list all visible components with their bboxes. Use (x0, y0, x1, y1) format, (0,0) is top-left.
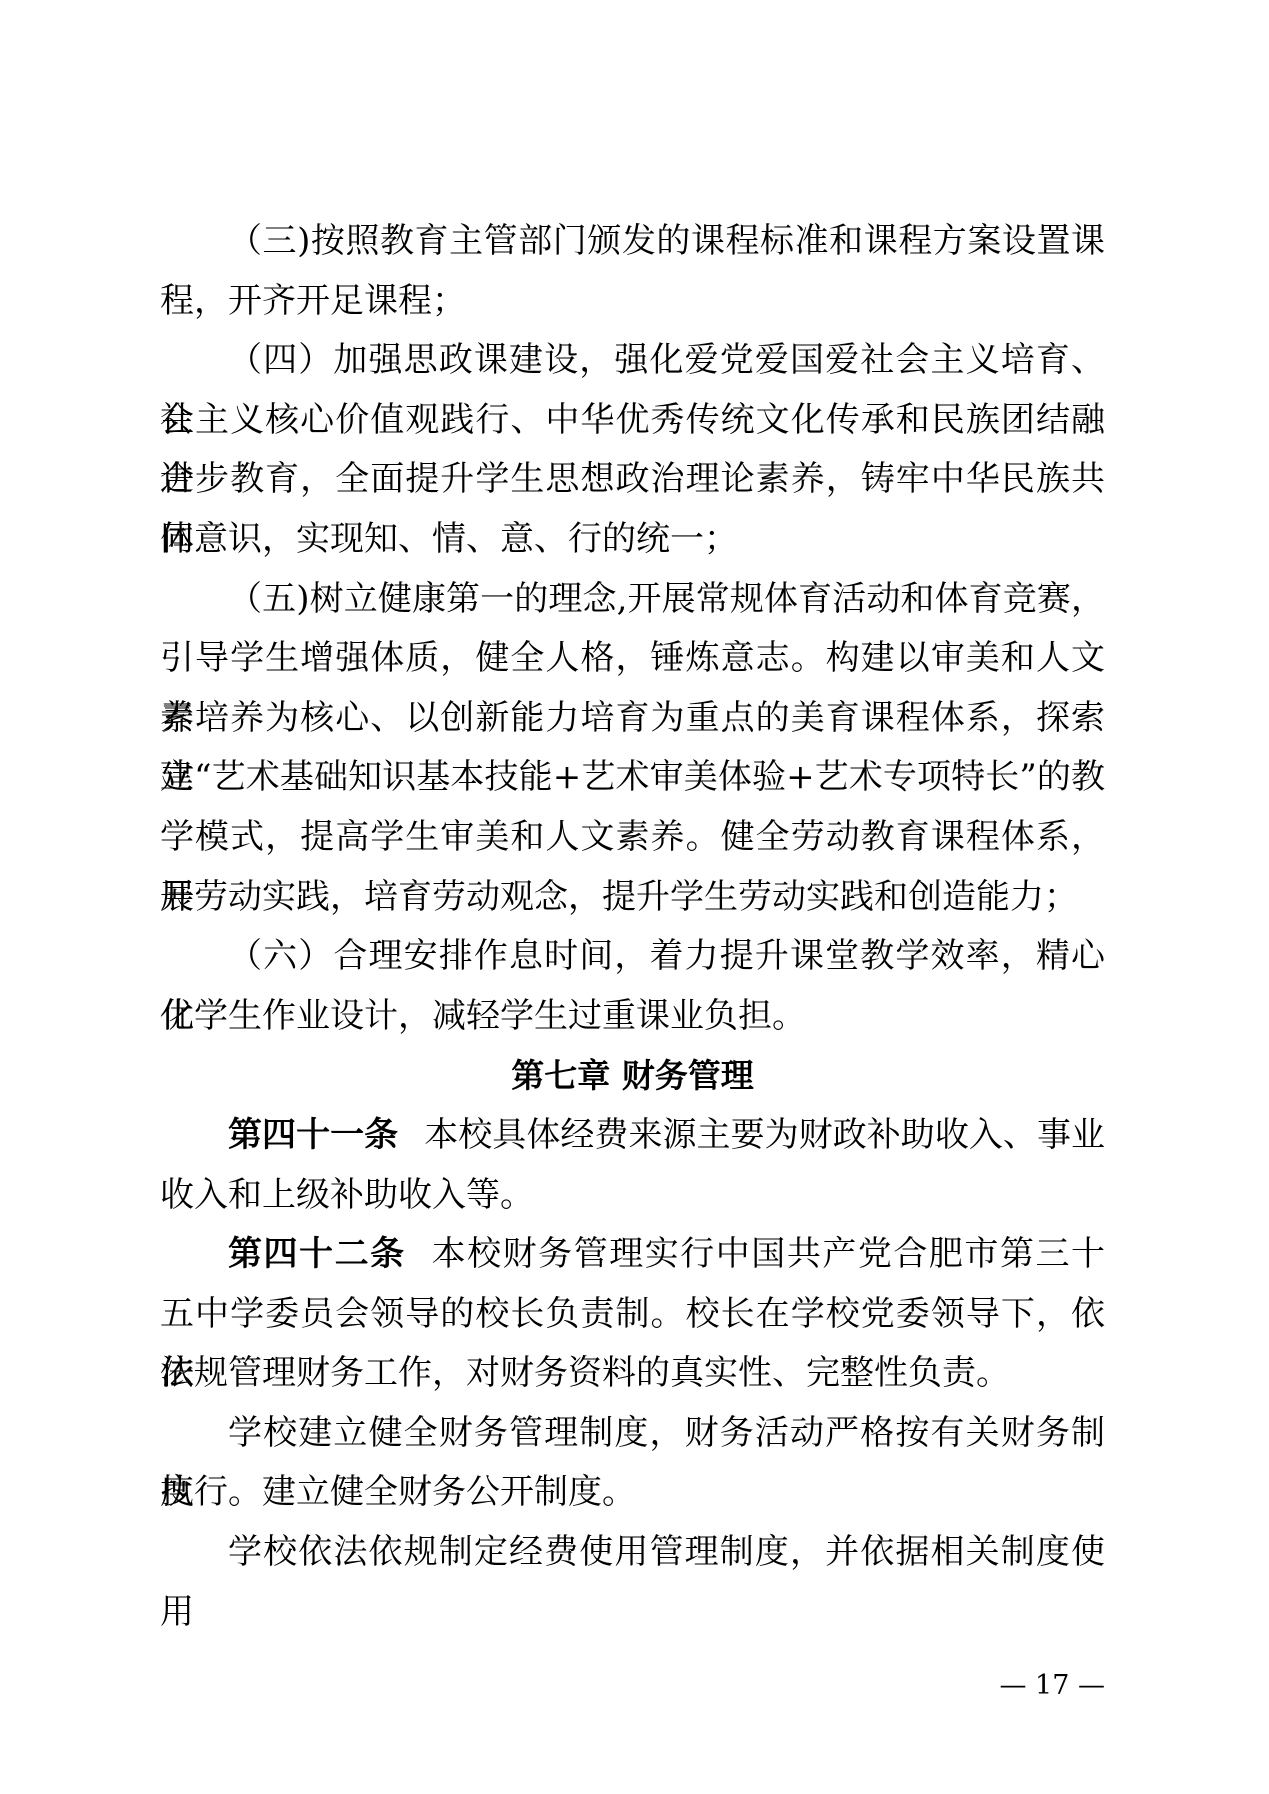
document-page: （三)按照教育主管部门颁发的课程标准和课程方案设置课 程，开齐开足课程； （四）… (0, 0, 1269, 1794)
text-line: 收入和上级补助收入等。 (160, 1166, 1105, 1226)
text-line: 第四十二条本校财务管理实行中国共产党合肥市第三十 (160, 1225, 1105, 1285)
line-text: 学校依法依规制定经费使用管理制度，并依据相关制度使用 (160, 1532, 1105, 1632)
line-text: 执行。建立健全财务公开制度。 (160, 1472, 636, 1512)
text-block: （三)按照教育主管部门颁发的课程标准和课程方案设置课 程，开齐开足课程； （四）… (160, 212, 1105, 1583)
line-text: 收入和上级补助收入等。 (160, 1175, 534, 1215)
text-line: 学校依法依规制定经费使用管理制度，并依据相关制度使用 (160, 1523, 1105, 1583)
text-line: 学校建立健全财务管理制度，财务活动严格按有关财务制度 (160, 1404, 1105, 1464)
chapter-heading: 第七章 财务管理 (160, 1046, 1105, 1106)
line-text: 化学生作业设计，减轻学生过重课业负担。 (160, 996, 806, 1036)
page-number: — 17 — (999, 1669, 1105, 1703)
line-text: 立“艺术基础知识基本技能+艺术审美体验+艺术专项特长”的教 (160, 757, 1105, 797)
text-line: 依规管理财务工作，对财务资料的真实性、完整性负责。 (160, 1344, 1105, 1404)
text-line: 养培养为核心、以创新能力培育为重点的美育课程体系，探索建 (160, 689, 1105, 749)
text-line: 程，开齐开足课程； (160, 272, 1105, 332)
text-line: 会主义核心价值观践行、中华优秀传统文化传承和民族团结融合 (160, 391, 1105, 451)
text-line: 立“艺术基础知识基本技能+艺术审美体验+艺术专项特长”的教 (160, 748, 1105, 808)
article-number: 第四十二条 (228, 1234, 406, 1274)
line-text: 体意识，实现知、情、意、行的统一； (160, 519, 738, 559)
text-line: （四）加强思政课建设，强化爱党爱国爱社会主义培育、社 (160, 331, 1105, 391)
line-text: 程，开齐开足课程； (160, 281, 466, 321)
text-line: 五中学委员会领导的校长负责制。校长在学校党委领导下，依法 (160, 1285, 1105, 1345)
line-text: （三)按照教育主管部门颁发的课程标准和课程方案设置课 (228, 221, 1105, 261)
text-line: 执行。建立健全财务公开制度。 (160, 1463, 1105, 1523)
text-line: 引导学生增强体质，健全人格，锤炼意志。构建以审美和人文素 (160, 629, 1105, 689)
text-line: 展劳动实践，培育劳动观念，提升学生劳动实践和创造能力； (160, 868, 1105, 928)
line-text: （五)树立健康第一的理念,开展常规体育活动和体育竞赛， (228, 579, 1105, 619)
line-text: 本校财务管理实行中国共产党合肥市第三十 (432, 1234, 1105, 1274)
line-text: 本校具体经费来源主要为财政补助收入、事业 (424, 1115, 1105, 1155)
text-line: 学模式，提高学生审美和人文素养。健全劳动教育课程体系，开 (160, 808, 1105, 868)
text-line: 第四十一条本校具体经费来源主要为财政补助收入、事业 (160, 1106, 1105, 1166)
text-line: 化学生作业设计，减轻学生过重课业负担。 (160, 987, 1105, 1047)
text-line: （三)按照教育主管部门颁发的课程标准和课程方案设置课 (160, 212, 1105, 272)
text-line: （六）合理安排作息时间，着力提升课堂教学效率，精心优 (160, 927, 1105, 987)
text-line: （五)树立健康第一的理念,开展常规体育活动和体育竞赛， (160, 570, 1105, 630)
text-line: 体意识，实现知、情、意、行的统一； (160, 510, 1105, 570)
text-line: 进步教育，全面提升学生思想政治理论素养，铸牢中华民族共同 (160, 450, 1105, 510)
line-text: 展劳动实践，培育劳动观念，提升学生劳动实践和创造能力； (160, 877, 1078, 917)
line-text: 依规管理财务工作，对财务资料的真实性、完整性负责。 (160, 1353, 1010, 1393)
article-number: 第四十一条 (228, 1115, 398, 1155)
